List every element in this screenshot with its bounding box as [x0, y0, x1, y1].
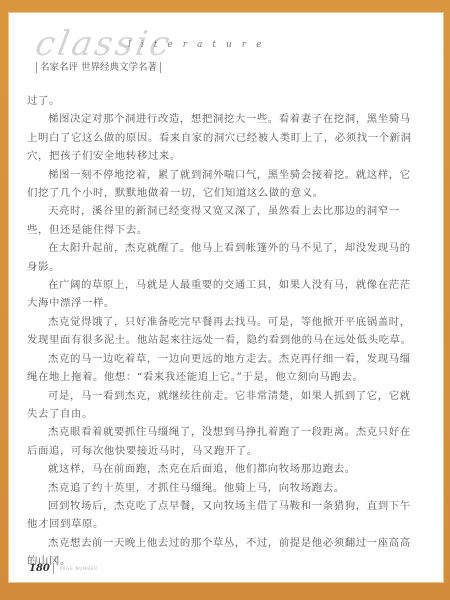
- page-number: 180: [29, 563, 50, 574]
- paragraph: 天亮时，溪谷里的新洞已经变得又宽又深了，虽然看上去比那边的洞窄一些，但还是能住得…: [27, 202, 413, 239]
- paragraph: 可是，马一看到杰克，就继续往前走。它非常清楚，如果人抓到了它，它就失去了自由。: [27, 387, 413, 424]
- series-header: classic literature 名家名评 世界经典文学名著: [34, 26, 334, 76]
- paragraph: 梯图决定对那个洞进行改造，想把洞挖大一些。看着妻子在挖洞，黑坐骑马上明白了它这么…: [27, 110, 413, 165]
- page-number-divider: [53, 563, 54, 574]
- paragraph: 就这样，马在前面跑，杰克在后面追，他们都向牧场那边跑去。: [27, 460, 413, 478]
- literature-wordmark: literature: [128, 40, 271, 50]
- paragraph: 在太阳升起前，杰克就醒了。他马上看到帐篷外的马不见了，却没发现马的身影。: [27, 239, 413, 276]
- paragraph: 杰克的马一边吃着草，一边向更远的地方走去。杰克再仔细一看，发现马缰绳在地上拖着。…: [27, 350, 413, 387]
- paragraph: 杰克眼看着就要抓住马缰绳了，没想到马挣扎着跑了一段距离。杰克只好在后面追，可每次…: [27, 423, 413, 460]
- paragraph: 梯图一刻不停地挖着，累了就到洞外喘口气，黑坐骑会接着挖。就这样，它们挖了几个小时…: [27, 166, 413, 203]
- page-number-label: PAGE NUMBER: [60, 566, 98, 571]
- paragraph: 过了。: [27, 92, 413, 110]
- body-text: 过了。 梯图决定对那个洞进行改造，想把洞挖大一些。看着妻子在挖洞，黑坐骑马上明白…: [27, 92, 413, 571]
- paragraph: 杰克追了约十英里，才抓住马缰绳。他骑上马，向牧场跑去。: [27, 479, 413, 497]
- page-footer: 180 PAGE NUMBER: [29, 561, 98, 575]
- paragraph: 在广阔的草原上，马就是人最重要的交通工具，如果人没有马，就像在茫茫大海中漂浮一样…: [27, 276, 413, 313]
- paragraph: 杰克觉得饿了，只好准备吃完早餐再去找马。可是，等他掀开平底锅盖时，发现里面有很多…: [27, 313, 413, 350]
- paragraph: 回到牧场后，杰克吃了点早餐，又向牧场主借了马鞍和一条猎狗，直到下午他才回到草原。: [27, 497, 413, 534]
- series-title: 名家名评 世界经典文学名著: [36, 62, 161, 73]
